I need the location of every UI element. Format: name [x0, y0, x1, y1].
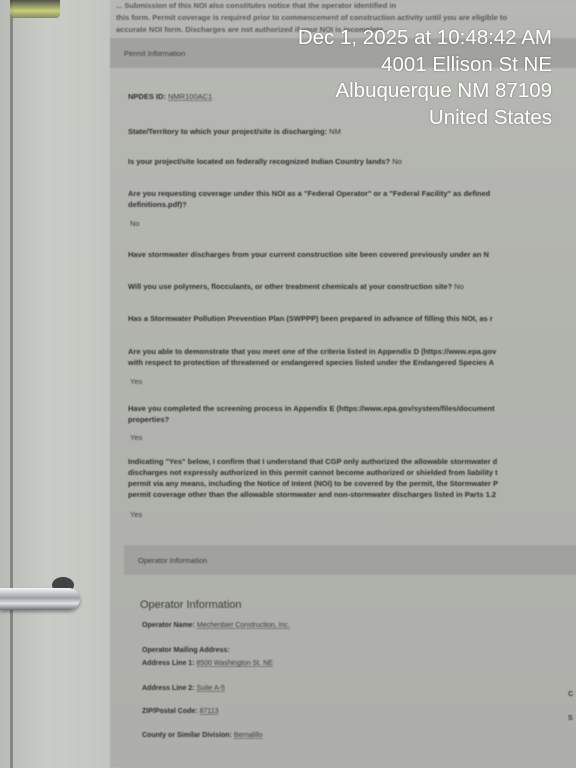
question-text-cont: properties?	[128, 414, 576, 425]
question-appendix-d: Are you able to demonstrate that you mee…	[128, 346, 576, 368]
question-appendix-e: Have you completed the screening process…	[128, 403, 576, 425]
section-title: Operator Information	[138, 556, 207, 565]
answer-text: Yes	[130, 433, 142, 442]
question-polymers: Will you use polymers, flocculants, or o…	[128, 281, 576, 292]
timestamp: Dec 1, 2025 at 10:48:42 AM	[298, 25, 552, 52]
address-line-1-field: Address Line 1: 8500 Washington St. NE	[142, 660, 273, 667]
zip-value: 87113	[200, 708, 219, 715]
location-street: 4001 Ellison St NE	[298, 52, 552, 79]
county-value: Bernalillo	[234, 732, 263, 739]
certification-statement: Indicating "Yes" below, I confirm that I…	[128, 456, 576, 500]
cut-off-text: S	[568, 715, 573, 722]
binder-clip	[10, 0, 60, 18]
question-text-cont: definitions.pdf)?	[128, 199, 576, 210]
answer-text: No	[130, 219, 140, 228]
field-label: Operator Mailing Address:	[142, 647, 230, 654]
certification-line: permit via any means, including the Noti…	[128, 478, 576, 489]
question-swppp: Has a Stormwater Pollution Prevention Pl…	[128, 313, 576, 324]
question-federal-operator: Are you requesting coverage under this N…	[128, 188, 576, 210]
binder-spine-edge	[10, 0, 13, 768]
field-label: County or Similar Division:	[142, 732, 232, 739]
question-text: Is your project/site located on federall…	[128, 157, 390, 166]
intro-line: this form. Permit coverage is required p…	[116, 12, 576, 24]
operator-heading: Operator Information	[140, 599, 242, 611]
field-label: ZIP/Postal Code:	[142, 708, 198, 715]
location-city: Albuquerque NM 87109	[298, 78, 552, 105]
field-label: NPDES ID:	[128, 92, 166, 101]
question-text-cont: with respect to protection of threatened…	[128, 357, 576, 368]
npdes-id-value: NMR100AC1	[168, 92, 212, 101]
question-text: Are you requesting coverage under this N…	[128, 188, 576, 199]
address-line-1-value: 8500 Washington St. NE	[196, 660, 272, 667]
mailing-address-label: Operator Mailing Address:	[142, 647, 230, 654]
answer-text: No	[454, 282, 464, 291]
field-label: Operator Name:	[142, 622, 195, 629]
zip-field: ZIP/Postal Code: 87113	[142, 708, 219, 715]
answer-text: No	[392, 157, 402, 166]
operator-name-field: Operator Name: Mechenbier Construction, …	[142, 622, 290, 629]
certification-line: discharges not expressly authorized in t…	[128, 467, 576, 478]
field-label: Address Line 1:	[142, 660, 195, 667]
address-line-2-field: Address Line 2: Suite A-5	[142, 685, 225, 692]
photo-timestamp-overlay: Dec 1, 2025 at 10:48:42 AM 4001 Ellison …	[298, 25, 552, 131]
question-text: Will you use polymers, flocculants, or o…	[128, 282, 452, 291]
answer-text: Yes	[130, 377, 142, 386]
question-text: Has a Stormwater Pollution Prevention Pl…	[128, 314, 493, 323]
certification-line: permit coverage other than the allowable…	[128, 489, 576, 500]
binder-ring	[0, 588, 80, 610]
question-indian-country: Is your project/site located on federall…	[128, 156, 576, 167]
operator-information-header: Operator Information	[124, 545, 576, 575]
intro-line: ... Submission of this NOI also constitu…	[116, 0, 576, 12]
location-country: United States	[298, 105, 552, 132]
question-text: Have you completed the screening process…	[128, 403, 576, 414]
npdes-id-field: NPDES ID: NMR100AC1	[128, 92, 212, 101]
cut-off-text: C	[568, 691, 573, 698]
question-text: Are you able to demonstrate that you mee…	[128, 346, 576, 357]
certification-line: Indicating "Yes" below, I confirm that I…	[128, 456, 576, 467]
operator-name-value: Mechenbier Construction, Inc.	[197, 622, 290, 629]
question-previous-coverage: Have stormwater discharges from your cur…	[128, 249, 576, 260]
certification-answer: Yes	[130, 510, 142, 519]
address-line-2-value: Suite A-5	[196, 685, 224, 692]
county-field: County or Similar Division: Bernalillo	[142, 732, 263, 739]
binder-background	[0, 0, 120, 768]
section-title: Permit Information	[124, 49, 185, 58]
question-text: Have stormwater discharges from your cur…	[128, 250, 489, 259]
field-label: Address Line 2:	[142, 685, 195, 692]
